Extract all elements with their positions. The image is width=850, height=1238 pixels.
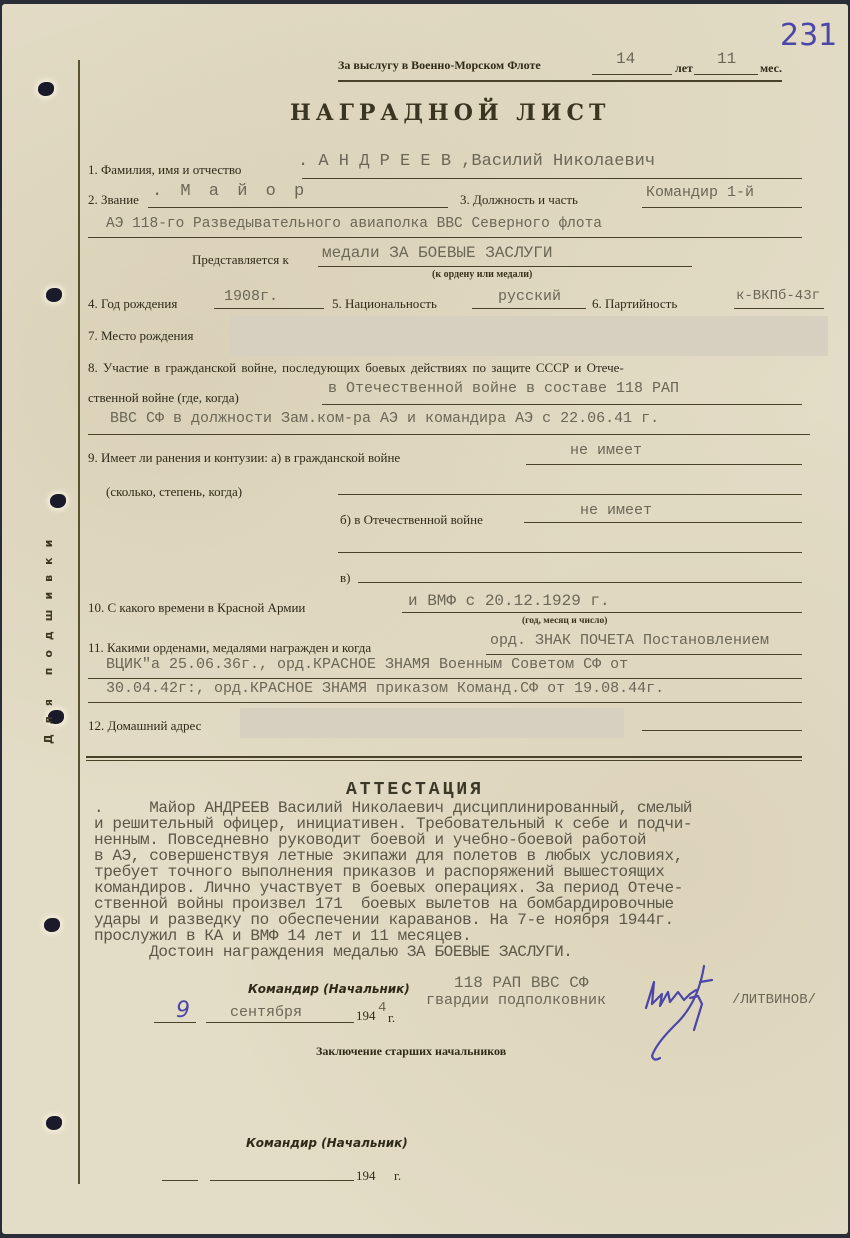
field-9b-label: б) в Отечественной войне: [340, 512, 483, 528]
redacted-birthplace: [230, 316, 828, 356]
field-10-hint: (год, месяц и число): [522, 616, 607, 626]
binding-hole: [46, 1116, 62, 1130]
binding-hole: [38, 82, 54, 96]
field-6-label: 6. Партийность: [592, 296, 677, 312]
field-8-line-2: [88, 434, 810, 435]
field-6-line: [734, 308, 824, 309]
field-3-value-line-1: Командир 1-й: [646, 184, 754, 201]
field-1-label: 1. Фамилия, имя и отчество: [88, 162, 241, 178]
commander-name: /ЛИТВИНОВ/: [732, 992, 816, 1008]
service-years-label: лет: [675, 61, 693, 76]
field-11-value-line-3: 30.04.42г:, орд.КРАСНОЕ ЗНАМЯ приказом К…: [106, 680, 664, 697]
footer-year-prefix: 194: [356, 1168, 376, 1184]
attestation-line: требует точного выполнения приказов и ра…: [94, 864, 692, 880]
field-5-label: 5. Национальность: [332, 296, 437, 312]
field-11-label: 11. Какими орденами, медалями награжден …: [88, 640, 371, 656]
service-years-value: 14: [616, 50, 635, 68]
field-3-value-line-2: АЭ 118-го Разведывательного авиаполка ВВ…: [106, 216, 602, 232]
service-label: За выслугу в Военно-Морском Флоте: [338, 58, 541, 73]
document-title: НАГРАДНОЙ ЛИСТ: [290, 100, 610, 126]
field-2-value: . М а й о р: [152, 182, 308, 201]
field-2-label: 2. Звание: [88, 192, 139, 208]
footer-year-unit: г.: [394, 1168, 401, 1184]
binding-hole: [44, 918, 60, 932]
field-1-value: . А Н Д Р Е Е В ,Василий Николаевич: [298, 152, 655, 171]
field-6-value: к-ВКПб-43г: [736, 288, 820, 304]
field-11-value-line-1: орд. ЗНАК ПОЧЕТА Постановлением: [490, 632, 769, 649]
commander-label: Командир (Начальник): [248, 982, 410, 996]
redacted-home-address: [240, 708, 624, 738]
binding-margin-line: [78, 60, 80, 1184]
attestation-line: и решительный офицер, инициативен. Требо…: [94, 816, 692, 832]
date-month-line: [206, 1022, 354, 1023]
commander-signature: [638, 964, 734, 1064]
service-months-line: [694, 74, 758, 75]
field-3-label: 3. Должность и часть: [460, 192, 578, 208]
commander-rank: гвардии подполковник: [426, 992, 606, 1009]
field-3-line-2: [88, 237, 802, 238]
presented-hint: (к ордену или медали): [432, 269, 532, 280]
field-8-value-line-2: ВВС СФ в должности Зам.ком-ра АЭ и коман…: [110, 410, 659, 427]
field-9-sub-line: [338, 494, 802, 495]
date-year-prefix: 194: [356, 1008, 376, 1024]
award-sheet-document: Для подшивки 231 За выслугу в Военно-Мор…: [2, 4, 848, 1234]
section-separator-thin: [86, 760, 802, 761]
field-10-label: 10. С какого времени в Красной Армии: [88, 600, 305, 616]
date-day-line: [154, 1022, 196, 1023]
date-month: сентября: [230, 1004, 302, 1021]
senior-conclusion-label: Заключение старших начальников: [316, 1044, 506, 1059]
field-10-value: и ВМФ с 20.12.1929 г.: [408, 592, 610, 610]
service-years-line: [592, 74, 672, 75]
presented-line: [318, 266, 692, 267]
field-11-value-line-2: ВЦИК"а 25.06.36г., орд.КРАСНОЕ ЗНАМЯ Вое…: [106, 656, 628, 673]
attestation-line: командиров. Лично участвует в боевых опе…: [94, 880, 692, 896]
footer-day-line: [162, 1180, 198, 1181]
field-9-sub-label: (сколько, степень, когда): [106, 484, 242, 500]
field-9c-label: в): [340, 570, 350, 586]
field-8-label-line-1: 8. Участие в гражданской войне, последую…: [88, 360, 624, 376]
field-11-line-3: [88, 702, 802, 703]
field-9-label: 9. Имеет ли ранения и контузии: а) в гра…: [88, 450, 400, 466]
attestation-line: в АЭ, совершенствуя летные экипажи для п…: [94, 848, 692, 864]
footer-month-line: [210, 1180, 354, 1181]
attestation-line: удары и разведку по обеспечении каравано…: [94, 912, 692, 928]
field-1-line: [302, 178, 802, 179]
attestation-line: Достоин награждения медалью ЗА БОЕВЫЕ ЗА…: [94, 944, 692, 960]
field-5-line: [472, 308, 586, 309]
field-7-label: 7. Место рождения: [88, 328, 193, 344]
archive-page-number: 231: [780, 18, 837, 53]
field-9b-line-2: [338, 552, 802, 553]
presented-label: Представляется к: [192, 252, 289, 268]
attestation-body: . Майор АНДРЕЕВ Василий Николаевич дисци…: [94, 800, 692, 960]
service-months-label: мес.: [760, 61, 782, 76]
field-4-value: 1908г.: [224, 288, 278, 305]
field-11-line-1: [486, 654, 802, 655]
commander-unit: 118 РАП ВВС СФ: [454, 974, 588, 992]
field-3-line: [642, 207, 802, 208]
attestation-line: . Майор АНДРЕЕВ Василий Николаевич дисци…: [94, 800, 692, 816]
section-separator: [86, 756, 802, 758]
field-9a-line: [526, 464, 802, 465]
field-4-line: [214, 308, 324, 309]
attestation-heading: АТТЕСТАЦИЯ: [346, 780, 484, 800]
attestation-line: ненным. Повседневно руководит боевой и у…: [94, 832, 692, 848]
field-12-line: [642, 730, 802, 731]
binding-hole: [50, 494, 66, 508]
field-8-line-1: [322, 404, 802, 405]
date-year-unit: г.: [388, 1010, 395, 1026]
field-9b-value: не имеет: [580, 502, 652, 519]
field-4-label: 4. Год рождения: [88, 296, 177, 312]
field-8-label-line-2: ственной войне (где, когда): [88, 390, 239, 406]
field-5-value: русский: [498, 288, 561, 305]
field-9c-line: [358, 582, 802, 583]
field-8-value-line-1: в Отечественной войне в составе 118 РАП: [328, 380, 679, 397]
field-2-line: [148, 207, 448, 208]
binding-margin-label: Для подшивки: [42, 530, 55, 744]
field-9a-value: не имеет: [570, 442, 642, 459]
service-months-value: 11: [717, 50, 736, 68]
field-9b-line: [524, 522, 802, 523]
attestation-line: ственной войны произвел 171 боевых вылет…: [94, 896, 692, 912]
field-12-label: 12. Домашний адрес: [88, 718, 201, 734]
attestation-line: прослужил в КА и ВМФ 14 лет и 11 месяцев…: [94, 928, 692, 944]
service-underline: [338, 80, 782, 82]
footer-commander-label: Командир (Начальник): [246, 1136, 408, 1150]
presented-value: медали ЗА БОЕВЫЕ ЗАСЛУГИ: [322, 244, 552, 262]
field-11-line-2: [88, 678, 802, 679]
date-day-handwritten: 9: [176, 998, 190, 1023]
field-10-line: [402, 612, 802, 613]
binding-hole: [46, 288, 62, 302]
date-year-suffix: 4: [378, 1000, 386, 1016]
